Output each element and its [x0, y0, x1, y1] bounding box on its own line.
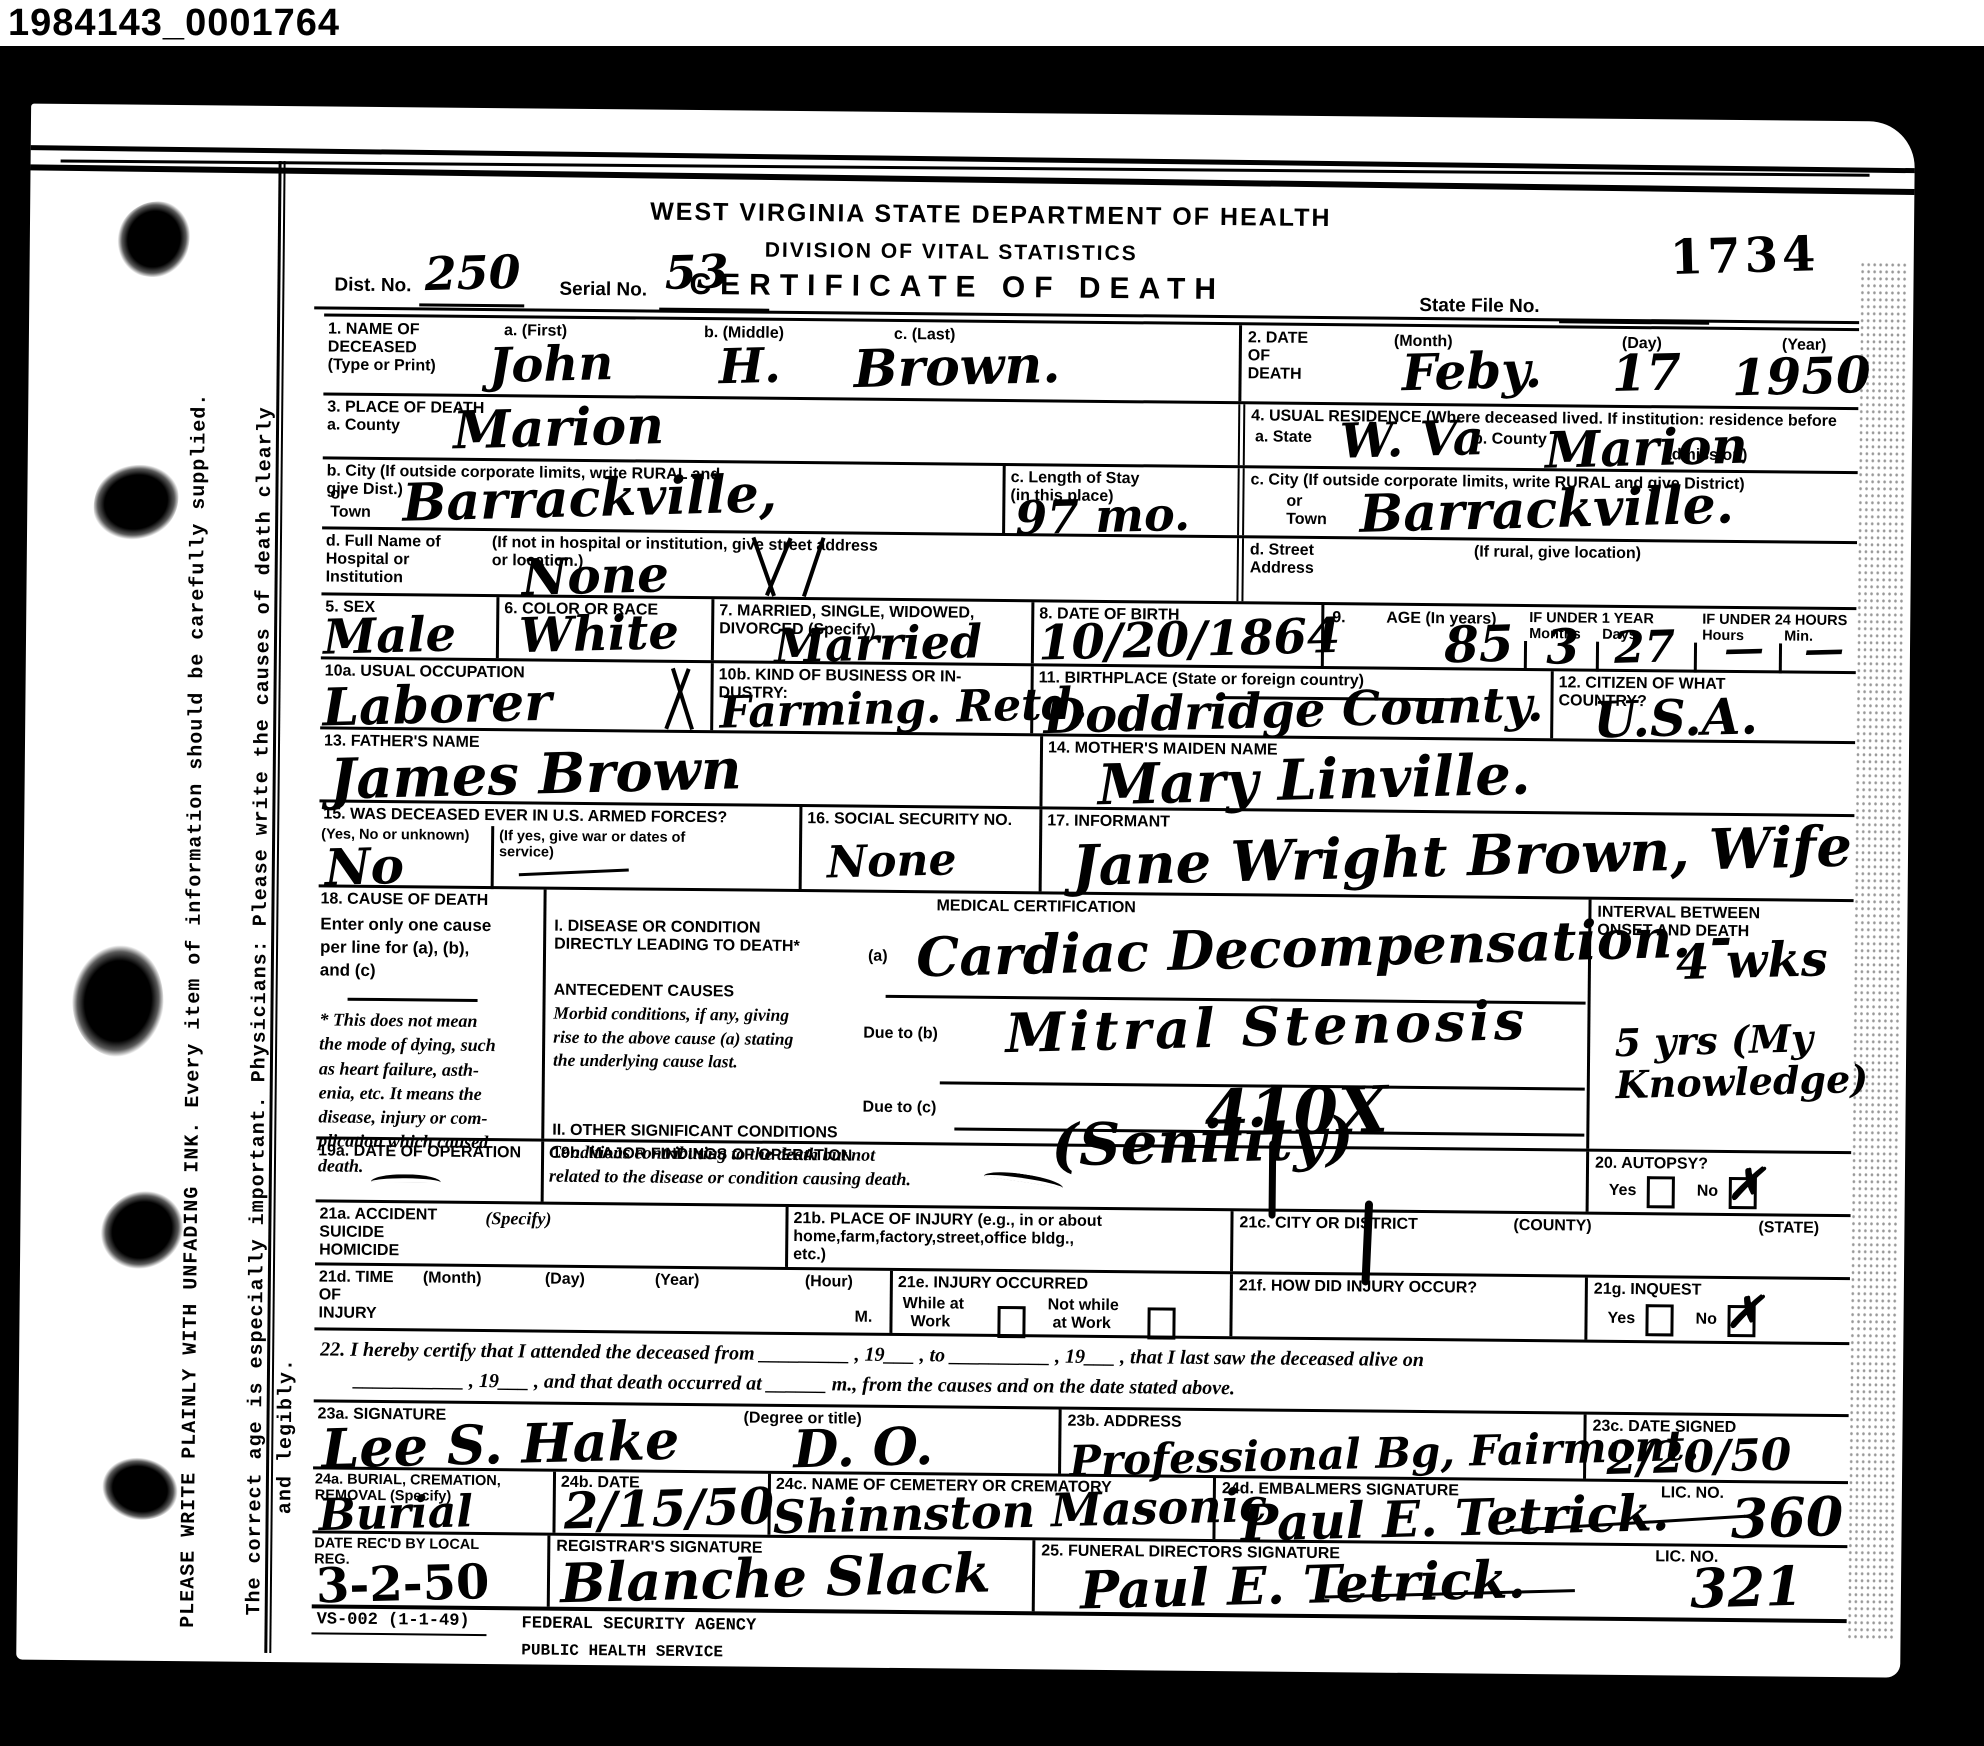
header-department: WEST VIRGINIA STATE DEPARTMENT OF HEALTH [650, 198, 1332, 234]
other-conditions-value: (Senility) [1050, 1104, 1354, 1180]
accident-label: 21a. ACCIDENT SUICIDE HOMICIDE [319, 1205, 437, 1260]
cause-a-label: (a) [868, 948, 888, 966]
cause-medical-certification: MEDICAL CERTIFICATION I. DISEASE OR COND… [541, 890, 1588, 1149]
field-accident: 21a. ACCIDENT SUICIDE HOMICIDE (Specify) [315, 1202, 786, 1267]
injury-month-label: (Month) [423, 1269, 482, 1287]
sig-address-label: 23b. ADDRESS [1067, 1413, 1181, 1432]
street-label: d. Street Address [1250, 541, 1314, 577]
field-street-address: d. Street Address (If rural, give locati… [1236, 538, 1857, 607]
row-registrar: DATE REC'D BY LOCAL REG. 3-2-50 REGISTRA… [312, 1530, 1848, 1619]
interval-a-value: 4 wks [1675, 931, 1828, 991]
age-number-label: 9. [1332, 609, 1346, 627]
certificate-paper: PLEASE WRITE PLAINLY WITH UNFADING INK. … [16, 104, 1915, 1678]
field-residence-city: c. City (If outside corporate limits, wr… [1237, 468, 1858, 541]
informant-label: 17. INFORMANT [1047, 812, 1170, 831]
scan-strip: 1984143_0001764 [0, 0, 1984, 46]
cemetery-value: Shinnston Masonic [772, 1478, 1268, 1544]
header-title: CERTIFICATE OF DEATH [689, 268, 1225, 307]
accident-specify-label: (Specify) [485, 1206, 551, 1231]
operation-date-label: 19a. DATE OF OPERATION [318, 1142, 521, 1162]
field-city-of-death: b. City (If outside corporate limits, wr… [322, 459, 1003, 533]
due-to-c-label: Due to (c) [862, 1099, 936, 1118]
field-burial-date: 24b. DATE 2/15/50 [552, 1472, 768, 1535]
field-date-of-birth: 8. DATE OF BIRTH 10/20/1864 [1031, 602, 1322, 666]
footer-agency: FEDERAL SECURITY AGENCY [521, 1614, 756, 1635]
serial-no-value: 53 [664, 244, 729, 300]
inquest-label: 21g. INQUEST [1594, 1281, 1702, 1300]
autopsy-no-label: No [1697, 1183, 1718, 1201]
funeral-lic-value: 321 [1689, 1554, 1803, 1621]
embalmer-lic-value: 360 [1730, 1484, 1844, 1551]
inquest-no-label: No [1695, 1311, 1716, 1329]
place-county-value: Marion [452, 395, 664, 461]
age-divider [1596, 642, 1599, 672]
field-usual-residence: 4. USUAL RESIDENCE (Where deceased lived… [1238, 404, 1859, 471]
field-burial: 24a. BURIAL, CREMATION, REMOVAL (Specify… [312, 1469, 553, 1532]
residence-state-value: W. Va [1339, 410, 1484, 470]
age-hours-value: — [1723, 625, 1764, 673]
dist-no-value: 250 [424, 245, 521, 301]
name-middle-value: H. [718, 338, 781, 396]
field-embalmer: 24d. EMBALMERS SIGNATURE LIC. NO. Paul E… [1212, 1478, 1848, 1545]
while-at-label: While at [903, 1295, 965, 1313]
injury-time-label: 21d. TIME OF INJURY [318, 1268, 393, 1322]
form-number: VS-002 (1-1-49) [317, 1610, 470, 1630]
ssn-value: None [826, 834, 957, 888]
cause-interval-column: INTERVAL BETWEEN ONSET AND DEATH 4 wks 5… [1586, 900, 1853, 1152]
city-or-town-label: or Town [330, 486, 371, 522]
embalmer-lic-label: LIC. NO. [1661, 1484, 1724, 1503]
margin-instruction-1: PLEASE WRITE PLAINLY WITH UNFADING INK. … [177, 393, 212, 1628]
local-reg-value: 3-2-50 [315, 1554, 490, 1614]
interval-b-value: 5 yrs (My Knowledge) [1614, 1016, 1869, 1106]
row-cause-of-death: 18. CAUSE OF DEATH Enter only one cause … [316, 884, 1853, 1151]
antecedent-label: ANTECEDENT CAUSES [554, 982, 735, 1002]
name-first-value: John [488, 335, 614, 394]
morbid-note: Morbid conditions, if any, giving rise t… [553, 1002, 794, 1075]
injury-county-label: (COUNTY) [1513, 1217, 1591, 1236]
injury-day-label: (Day) [545, 1271, 585, 1289]
autopsy-yes-label: Yes [1609, 1182, 1637, 1200]
registrar-value: Blanche Slack [559, 1540, 991, 1615]
armed-forces-label: 15. WAS DECEASED EVER IN U.S. ARMED FORC… [323, 805, 727, 827]
injury-year-label: (Year) [655, 1272, 700, 1290]
burial-date-value: 2/15/50 [563, 1476, 775, 1540]
age-divider [1694, 643, 1697, 673]
field-local-reg-date: DATE REC'D BY LOCAL REG. 3-2-50 [312, 1533, 548, 1606]
header-division: DIVISION OF VITAL STATISTICS [765, 239, 1138, 267]
field-injury-time: 21d. TIME OF INJURY (Month) (Day) (Year)… [314, 1265, 890, 1333]
not-while-label: Not while [1048, 1296, 1119, 1315]
injury-how-label: 21f. HOW DID INJURY OCCUR? [1239, 1277, 1477, 1297]
work-label: Work [910, 1313, 950, 1331]
autopsy-no-checkmark: ✗ [1727, 1159, 1764, 1210]
field-ssn: 16. SOCIAL SECURITY NO. None [799, 807, 1040, 891]
death-year-value: 1950 [1731, 345, 1872, 408]
certificate-form: 1. NAME OF DECEASED (Type or Print) a. (… [312, 313, 1859, 1623]
cause-left-column: 18. CAUSE OF DEATH Enter only one cause … [316, 887, 543, 1138]
field-length-of-stay: c. Length of Stay (in this place) 97 mo. [1002, 466, 1238, 535]
cause-note-rule [348, 998, 478, 1002]
injury-m-label: M. [854, 1309, 872, 1327]
residence-state-label: a. State [1255, 428, 1312, 446]
cause-label: 18. CAUSE OF DEATH [320, 890, 488, 910]
field-place-of-death: 3. PLACE OF DEATH a. County Marion [323, 395, 1239, 465]
injury-state-label: (STATE) [1758, 1219, 1819, 1237]
field-injury-how: 21f. HOW DID INJURY OCCUR? [1229, 1274, 1585, 1339]
field-signature-address: 23b. ADDRESS Professional Bg, Fairmont. [1058, 1410, 1584, 1479]
field-signature: 23a. SIGNATURE (Degree or title) Lee S. … [313, 1402, 1059, 1473]
disease-label: I. DISEASE OR CONDITION DIRECTLY LEADING… [554, 918, 800, 956]
field-business: 10b. KIND OF BUSINESS OR IN- DUSTRY: Far… [710, 663, 1031, 733]
medical-cert-heading: MEDICAL CERTIFICATION [936, 897, 1136, 917]
field-operation-date: 19a. DATE OF OPERATION [316, 1139, 542, 1201]
death-month-value: Feby. [1401, 340, 1543, 403]
field-citizen: 12. CITIZEN OF WHAT COUNTRY? U.S.A. [1550, 671, 1856, 741]
age-divider [1779, 643, 1782, 673]
due-to-b-label: Due to (b) [863, 1025, 938, 1044]
hospital-label: d. Full Name of Hospital or Institution [326, 532, 441, 587]
age-years-value: 85 [1443, 614, 1514, 675]
age-days-value: 27 [1613, 621, 1676, 674]
margin-instruction-3: and legibly. [274, 1358, 298, 1514]
field-injury-occurred: 21e. INJURY OCCURRED While at Work Not w… [889, 1271, 1230, 1336]
state-file-stamp: 1734 [1669, 226, 1820, 286]
age-divider [1524, 641, 1527, 671]
field-age: 9. AGE (In years) IF UNDER 1 YEAR Months… [1321, 605, 1857, 671]
field-father-name: 13. FATHER'S NAME James Brown [319, 729, 1040, 806]
race-value: White [518, 604, 679, 664]
injury-city-label: 21c. CITY OR DISTRICT [1239, 1214, 1418, 1234]
autopsy-yes-checkbox [1647, 1176, 1675, 1208]
field-injury-city: 21c. CITY OR DISTRICT (COUNTY) (STATE) [1230, 1211, 1851, 1277]
field-autopsy: 20. AUTOPSY? Yes No ✗ [1586, 1152, 1852, 1215]
field-cemetery: 24c. NAME OF CEMETERY OR CREMATORY Shinn… [767, 1474, 1213, 1539]
field-mother-name: 14. MOTHER'S MAIDEN NAME Mary Linville. [1039, 736, 1855, 814]
funeral-director-value: Paul E. Tetrick. [1079, 1549, 1526, 1621]
injury-hour-label: (Hour) [805, 1273, 853, 1291]
death-date-label: 2. DATE OF DEATH [1248, 329, 1309, 383]
field-injury-place: 21b. PLACE OF INJURY (e.g., in or about … [785, 1207, 1231, 1271]
ink-stroke [519, 869, 629, 877]
other-conditions-note: Conditions contributing to the death but… [549, 1140, 911, 1192]
field-armed-forces: 15. WAS DECEASED EVER IN U.S. ARMED FORC… [319, 802, 800, 889]
form-number-underline [311, 1632, 486, 1636]
birth-date-value: 10/20/1864 [1037, 608, 1341, 672]
ink-stroke [371, 1174, 441, 1183]
name-last-value: Brown. [853, 334, 1061, 400]
field-birthplace: 11. BIRTHPLACE (State or foreign country… [1030, 666, 1551, 738]
age-min-value: — [1803, 625, 1844, 673]
row-forces-ssn-informant: 15. WAS DECEASED EVER IN U.S. ARMED FORC… [319, 799, 1855, 899]
ssn-label: 16. SOCIAL SECURITY NO. [807, 810, 1012, 830]
autopsy-label: 20. AUTOPSY? [1595, 1155, 1708, 1174]
field-marital-status: 7. MARRIED, SINGLE, WIDOWED, DIVORCED (S… [711, 599, 1032, 663]
field-funeral-director: 25. FUNERAL DIRECTORS SIGNATURE LIC. NO.… [1032, 1540, 1848, 1619]
residence-city-value: Barrackville. [1359, 474, 1735, 544]
field-informant: 17. INFORMANT Jane Wright Brown, Wife [1039, 809, 1855, 899]
armed-forces-divider [491, 826, 495, 889]
footer-service: PUBLIC HEALTH SERVICE [521, 1642, 723, 1662]
inquest-no-checkmark: ✗ [1725, 1287, 1762, 1338]
death-day-value: 17 [1611, 342, 1682, 403]
field-sex: 5. SEX Male [321, 595, 497, 658]
inquest-yes-checkbox [1645, 1304, 1673, 1336]
name-label: 1. NAME OF DECEASED (Type or Print) [328, 320, 437, 375]
scan-archive-label: 1984143_0001764 [8, 2, 340, 45]
certify-line-2: ___________ , 19___ , and that death occ… [354, 1367, 1235, 1402]
injury-occurred-label: 21e. INJURY OCCURRED [898, 1274, 1088, 1294]
cause-b-value: Mitral Stenosis [1005, 988, 1529, 1065]
serial-no-label: Serial No. [559, 279, 647, 302]
field-date-signed: 23c. DATE SIGNED 2/20/50 [1583, 1415, 1849, 1482]
informant-value: Jane Wright Brown, Wife [1071, 814, 1852, 900]
cause-note-1: Enter only one cause per line for (a), (… [320, 913, 492, 983]
field-inquest: 21g. INQUEST Yes No ✗ [1584, 1278, 1850, 1343]
field-race: 6. COLOR OR RACE White [496, 597, 712, 660]
state-file-label: State File No. [1419, 295, 1540, 318]
residence-county-label: b. County [1473, 430, 1547, 449]
residence-city-or-town-label: or Town [1286, 493, 1327, 529]
city-value: Barrackville, [402, 463, 778, 533]
row-name-death-date: 1. NAME OF DECEASED (Type or Print) a. (… [323, 316, 1859, 407]
field-name-of-deceased: 1. NAME OF DECEASED (Type or Print) a. (… [323, 316, 1239, 401]
injury-place-label: 21b. PLACE OF INJURY (e.g., in or about … [793, 1210, 1102, 1267]
field-date-of-death: 2. DATE OF DEATH (Month) (Day) (Year) Fe… [1238, 325, 1859, 407]
field-registrar-signature: REGISTRAR'S SIGNATURE Blanche Slack [547, 1536, 1033, 1612]
at-work-label: at Work [1052, 1314, 1111, 1332]
street-paren-label: (If rural, give location) [1474, 543, 1641, 563]
armed-forces-sub2: (If yes, give war or dates of service) [499, 828, 685, 862]
dist-no-label: Dist. No. [334, 275, 411, 298]
inquest-yes-label: Yes [1607, 1310, 1635, 1328]
field-occupation: 10a. USUAL OCCUPATION Laborer [320, 659, 711, 730]
field-hospital-name: d. Full Name of Hospital or Institution … [321, 529, 1237, 601]
date-signed-value: 2/20/50 [1606, 1429, 1792, 1485]
